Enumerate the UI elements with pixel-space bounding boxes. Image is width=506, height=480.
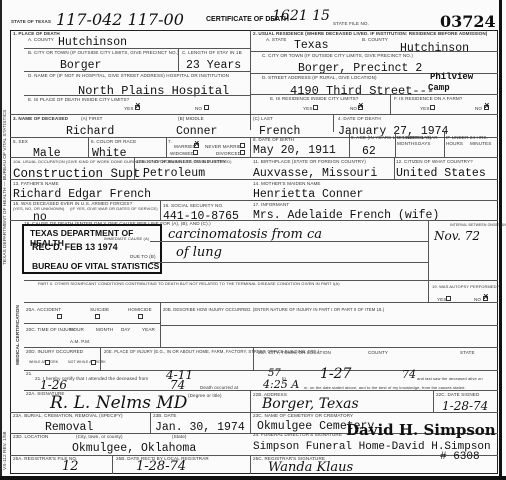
handwritten-code-left: 117-042 117-00 <box>56 10 184 29</box>
place-of-death-label: 1. PLACE OF DEATH <box>13 31 60 36</box>
death-inside-city-yes-checkbox[interactable] <box>135 105 140 110</box>
funeral-director-signature: David H. Simpson <box>346 421 496 439</box>
death-certificate: STATE OF TEXAS 117-042 117-00 CERTIFICAT… <box>0 0 506 480</box>
accident-checkbox[interactable] <box>57 314 62 319</box>
residence-street-note-2: Camp <box>428 83 450 93</box>
state-file-number: 03724 <box>440 12 496 31</box>
name-label: 3. NAME OF DECEASED <box>13 116 68 121</box>
not-at-work-checkbox[interactable] <box>91 360 96 365</box>
residence-farm-yes-checkbox[interactable] <box>430 105 435 110</box>
while-at-work-checkbox[interactable] <box>45 360 50 365</box>
state-file-label: STATE FILE NO. <box>333 21 369 26</box>
handwritten-code-right: 1621 15 <box>272 8 330 24</box>
registrar-date: 1-28-74 <box>136 459 186 474</box>
registrar-file-number: 12 <box>62 459 79 474</box>
license-number: # 6308 <box>440 451 480 463</box>
suicide-checkbox[interactable] <box>95 314 100 319</box>
state-label: STATE OF TEXAS <box>11 19 51 24</box>
autopsy-no-checkbox[interactable] <box>483 296 488 301</box>
side-label-medical: MEDICAL CERTIFICATION <box>16 305 21 365</box>
usual-residence-label: 2. USUAL RESIDENCE (Where deceased lived… <box>253 31 487 36</box>
widowed-checkbox[interactable] <box>193 150 198 155</box>
attended-to: 1-27 <box>320 366 351 382</box>
interval: Nov. 72 <box>434 229 480 243</box>
homicide-checkbox[interactable] <box>138 314 143 319</box>
registrar-signature: Wanda Klaus <box>268 460 353 475</box>
residence-street-note: Philview <box>430 72 473 82</box>
never-married-checkbox[interactable] <box>240 143 245 148</box>
physician-signature: R. L. Nelms MD <box>50 393 187 413</box>
residence-inside-city-yes-checkbox[interactable] <box>313 105 318 110</box>
attended-to-year: 74 <box>402 368 416 381</box>
residence-farm-no-checkbox[interactable] <box>484 105 489 110</box>
form-number: VS-112 REV. 1/58 <box>3 432 8 470</box>
physician-address: Borger, Texas <box>262 396 359 412</box>
right-border <box>499 0 502 480</box>
date-of-birth: May 20, 1911 <box>253 144 336 157</box>
received-stamp: TEXAS DEPARTMENT OF HEALTH REC'D. FEB 13… <box>22 224 162 274</box>
bottom-border <box>0 476 506 480</box>
death-inside-city-no-checkbox[interactable] <box>204 105 209 110</box>
immediate-cause: carcinomatosis from ca <box>168 227 322 242</box>
residence-inside-city-no-checkbox[interactable] <box>358 105 363 110</box>
disposition-location: Okmulgee, Oklahoma <box>72 442 196 455</box>
left-border <box>0 0 2 480</box>
divorced-checkbox[interactable] <box>240 150 245 155</box>
date-signed: 1-28-74 <box>442 399 488 413</box>
side-label-department: TEXAS DEPARTMENT OF HEALTH — BUREAU OF V… <box>3 110 8 265</box>
married-checkbox[interactable] <box>194 143 199 148</box>
autopsy-yes-checkbox[interactable] <box>446 296 451 301</box>
due-to-cause: of lung <box>176 245 222 260</box>
